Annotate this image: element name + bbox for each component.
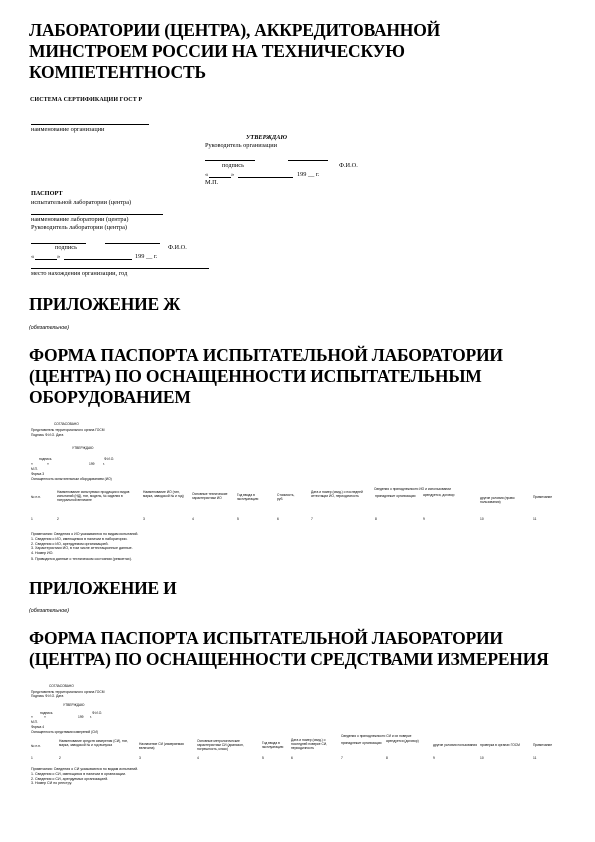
i-year-suffix: г.: [90, 715, 92, 719]
i-col-10: проверка в органах ГОСМ: [480, 743, 530, 747]
i-col-1: № п.п.: [31, 744, 51, 748]
zh-num-8: 8: [375, 517, 377, 521]
month-line: [64, 259, 132, 260]
lab-head-caption: Руководитель лаборатории (центра): [31, 224, 127, 232]
i-col-9: другие условия пользования: [433, 743, 479, 747]
zh-notes: Примечания: Сведения о ИО указываются по…: [31, 532, 138, 562]
date-close: »: [231, 171, 234, 179]
i-num-2: 2: [59, 756, 61, 760]
i-col-4: Основные метрологические характеристики …: [197, 739, 257, 751]
appendix-i-status: (обязательное): [29, 608, 69, 614]
signature-caption: подпись: [222, 162, 244, 170]
i-col-11: Примечание: [533, 743, 573, 747]
i-col-2: Наименование средств измерения (СИ), тип…: [59, 739, 131, 747]
zh-date-open: «: [31, 462, 33, 466]
zh-num-1: 1: [31, 517, 33, 521]
month-line: [238, 177, 293, 178]
zh-num-2: 2: [57, 517, 59, 521]
i-col-7: принадлежит организации: [341, 741, 385, 745]
i-date-close: »: [44, 715, 46, 719]
appendix-zh-status: (обязательное): [29, 325, 69, 331]
i-approve: УТВЕРЖДАЮ: [63, 703, 84, 707]
zh-form-no: Форма 3: [31, 472, 44, 476]
approve-role: Руководитель организации: [205, 142, 277, 150]
i-num-4: 4: [197, 756, 199, 760]
i-agreed: СОГЛАСОВАНО: [49, 684, 74, 688]
zh-col-11: Примечание: [533, 495, 573, 499]
zh-date-close: »: [47, 462, 49, 466]
zh-col-8: принадлежит организации: [375, 494, 417, 498]
date-open: «: [31, 253, 34, 261]
zh-seal: М.П.: [31, 467, 38, 471]
zh-agreed-sig: Подпись Ф.И.О. Дата: [31, 433, 63, 437]
location-line: [31, 268, 209, 269]
zh-year-suffix: г.: [103, 462, 105, 466]
zh-num-3: 3: [143, 517, 145, 521]
day-line: [35, 259, 57, 260]
zh-num-9: 9: [423, 517, 425, 521]
location-caption: место нахождения организации, год: [31, 270, 127, 278]
i-date-open: «: [31, 715, 33, 719]
zh-col-2: Наименование испытуемых продукции и видо…: [57, 490, 135, 502]
i-num-10: 10: [480, 756, 484, 760]
zh-agreed-by: Представитель территориального органа ГО…: [31, 428, 104, 432]
title-line: ЛАБОРАТОРИИ (ЦЕНТРА), АККРЕДИТОВАННОЙ: [29, 20, 440, 41]
zh-col-5: Год ввода в эксплуатацию: [237, 493, 273, 501]
zh-num-5: 5: [237, 517, 239, 521]
appendix-zh-form-title: ФОРМА ПАСПОРТА ИСПЫТАТЕЛЬНОЙ ЛАБОРАТОРИИ…: [29, 345, 503, 408]
zh-approve: УТВЕРЖДАЮ: [72, 446, 93, 450]
zh-col-3: Наименование ИО (тип, марка, заводской №…: [143, 490, 189, 498]
appendix-zh-title: ПРИЛОЖЕНИЕ Ж: [29, 294, 180, 315]
fio-line: [288, 160, 328, 161]
i-year: 199: [78, 715, 84, 719]
zh-num-11: 11: [533, 517, 536, 521]
i-num-6: 6: [291, 756, 293, 760]
zh-group-header: Сведения о принадлежности ИО и использов…: [374, 487, 451, 491]
zh-num-7: 7: [311, 517, 313, 521]
zh-fio: Ф.И.О.: [104, 457, 114, 461]
i-num-3: 3: [139, 756, 141, 760]
zh-col-4: Основные технические характеристики ИО: [192, 492, 234, 500]
i-num-7: 7: [341, 756, 343, 760]
i-col-3: Назначение СИ (измеряемая величина): [139, 742, 189, 750]
fio-caption: Ф.И.О.: [339, 162, 358, 170]
i-num-8: 8: [386, 756, 388, 760]
i-col-8: арендуется (договор): [386, 739, 426, 743]
i-seal: М.П.: [31, 720, 38, 724]
i-notes: Примечания: Сведения о СИ указываются по…: [31, 767, 138, 786]
signature-caption: подпись: [55, 244, 77, 252]
zh-col-6: Стоимость, руб.: [277, 493, 295, 501]
zh-col-10: другие условия (право пользования): [480, 496, 530, 504]
approve-title: УТВЕРЖДАЮ: [246, 134, 287, 142]
i-fio: Ф.И.О.: [92, 711, 102, 715]
i-signature: подпись: [40, 711, 52, 715]
i-col-5: Год ввода в эксплуатацию: [262, 741, 290, 749]
zh-table-title: Оснащенность испытательным оборудованием…: [31, 477, 112, 481]
passport-subtitle: испытательной лаборатории (центра): [31, 199, 131, 207]
i-num-1: 1: [31, 756, 33, 760]
zh-num-4: 4: [192, 517, 194, 521]
day-line: [209, 177, 231, 178]
zh-num-10: 10: [480, 517, 484, 521]
certification-system: СИСТЕМА СЕРТИФИКАЦИИ ГОСТ Р: [30, 97, 142, 103]
date-close: »: [57, 253, 60, 261]
document-title: ЛАБОРАТОРИИ (ЦЕНТРА), АККРЕДИТОВАННОЙ МИ…: [29, 20, 440, 83]
zh-num-6: 6: [277, 517, 279, 521]
i-agreed-sig: Подпись Ф.И.О. Дата: [31, 694, 63, 698]
appendix-i-title: ПРИЛОЖЕНИЕ И: [29, 578, 177, 599]
zh-signature: подпись: [39, 457, 51, 461]
fio-line: [105, 243, 160, 244]
zh-agreed: СОГЛАСОВАНО: [54, 422, 79, 426]
i-num-5: 5: [262, 756, 264, 760]
i-form-no: Форма 4: [31, 725, 44, 729]
zh-col-9: арендуется, договор: [423, 493, 463, 497]
lab-name-caption: наименование лаборатории (центра): [31, 216, 128, 224]
appendix-i-form-title: ФОРМА ПАСПОРТА ИСПЫТАТЕЛЬНОЙ ЛАБОРАТОРИИ…: [29, 628, 549, 670]
zh-col-7: Дата и номер (свид.) о последней аттеста…: [311, 490, 371, 498]
year: 199 __ г.: [297, 171, 319, 179]
i-group-header: Сведения о принадлежности СИ и их поверк…: [341, 734, 411, 738]
title-line: КОМПЕТЕНТНОСТЬ: [29, 62, 440, 83]
i-num-11: 11: [533, 756, 536, 760]
org-line: [31, 124, 149, 125]
org-caption: наименование организации: [31, 126, 104, 134]
i-table-title: Оснащенность средствами измерений (СИ): [31, 730, 98, 734]
year: 199 __ г.: [135, 253, 157, 261]
signature-line: [205, 160, 255, 161]
date-open: «: [205, 171, 208, 179]
zh-year: 199: [89, 462, 95, 466]
seal: М.П.: [205, 179, 218, 187]
zh-col-1: № п.п.: [31, 495, 51, 499]
i-col-6: Дата и номер (свид.) о последней поверке…: [291, 738, 335, 750]
fio-caption: Ф.И.О.: [168, 244, 187, 252]
lab-name-line: [31, 214, 163, 215]
title-line: МИНСТРОЕМ РОССИИ НА ТЕХНИЧЕСКУЮ: [29, 41, 440, 62]
passport-title: ПАСПОРТ: [31, 190, 63, 198]
i-num-9: 9: [433, 756, 435, 760]
